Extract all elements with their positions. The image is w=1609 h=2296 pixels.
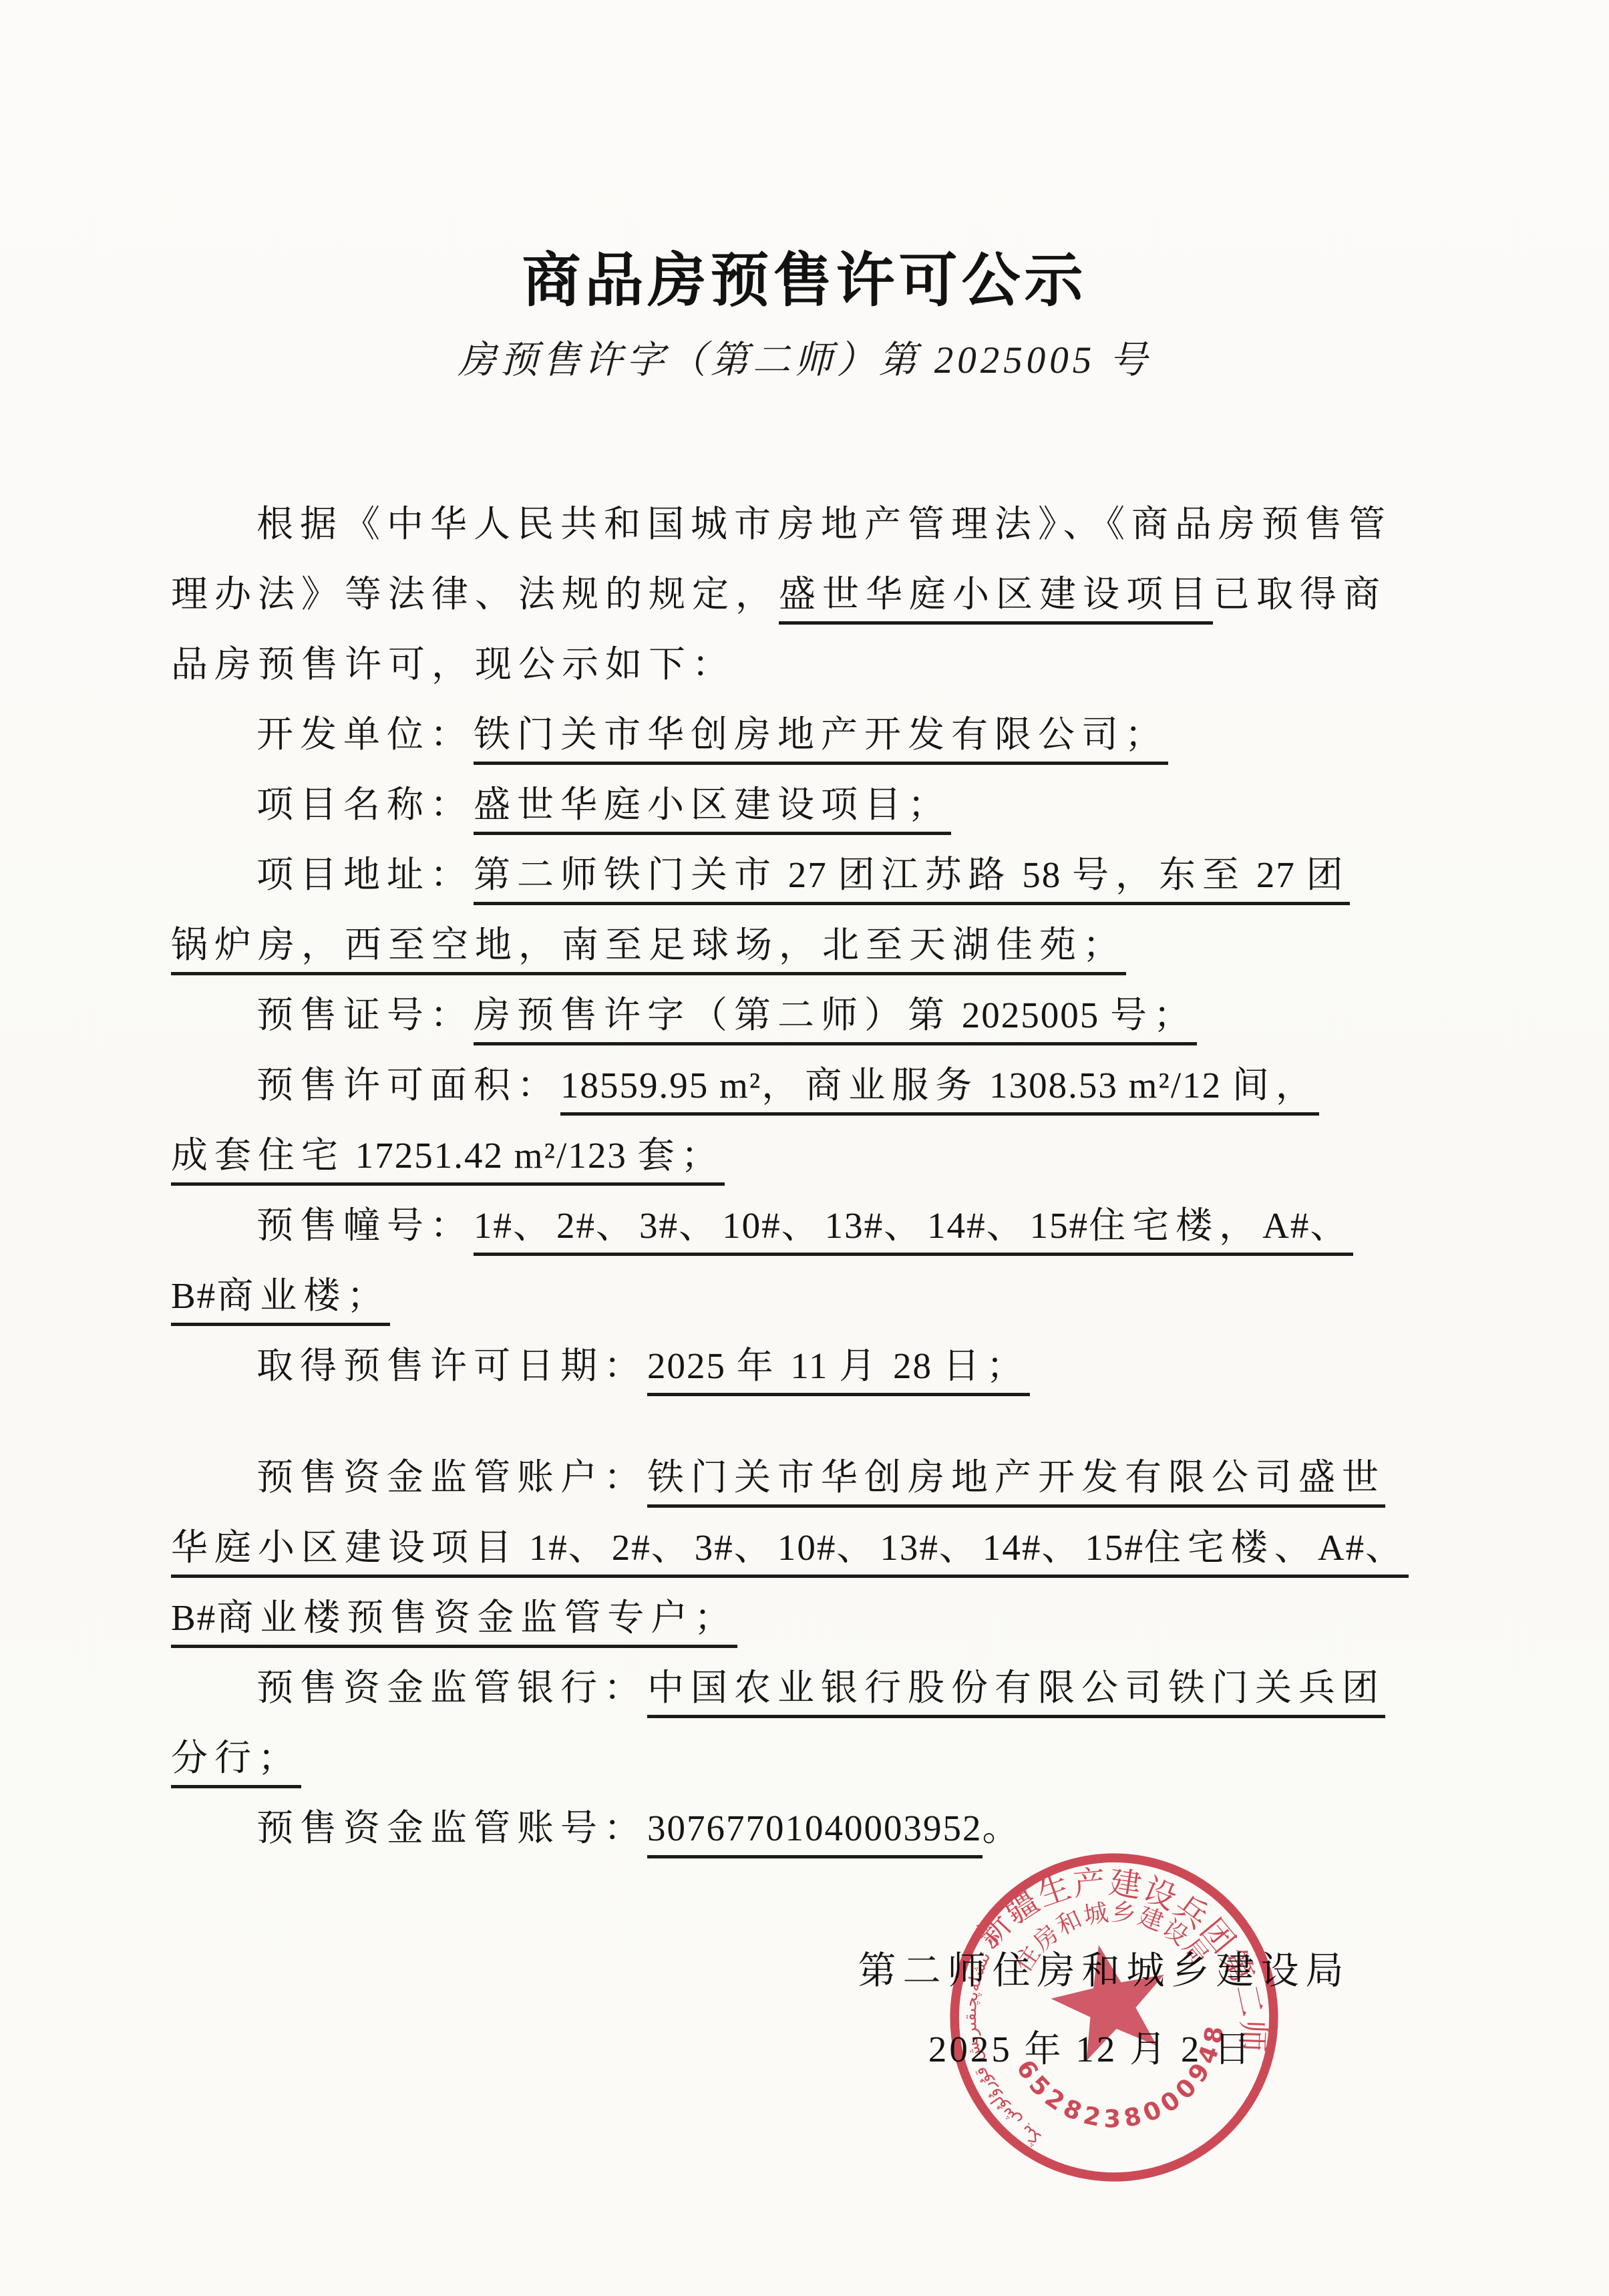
label-text: 根据《中华人民共和国城市房地产管理法》、《商品房预售管 [256, 504, 1392, 551]
underlined-value-text: 中国农业银行股份有限公司铁门关兵团 [647, 1667, 1385, 1718]
body-line: 取得预售许可日期：2025 年 11 月 28 日； [171, 1331, 1444, 1401]
label-text: 开发单位： [256, 714, 474, 762]
underlined-value-text: 盛世华庭小区建设项目； [474, 784, 951, 835]
body-line: 锅炉房，西至空地，南至足球场，北至天湖佳苑； [171, 910, 1444, 980]
underlined-value-text: 成套住宅 17251.42 m²/123 套； [171, 1135, 725, 1186]
body-line: 分行； [171, 1723, 1444, 1793]
body-line: 预售幢号：1#、2#、3#、10#、13#、14#、15#住宅楼，A#、 [171, 1190, 1444, 1261]
underlined-value-text: 盛世华庭小区建设项目 [779, 574, 1213, 625]
document-body: 根据《中华人民共和国城市房地产管理法》、《商品房预售管理办法》等法律、法规的规定… [171, 489, 1444, 1863]
underlined-value-text: B#商业楼预售资金监管专户； [171, 1597, 737, 1648]
label-text: 取得预售许可日期： [256, 1345, 647, 1393]
label-text: 预售资金监管账户： [256, 1457, 647, 1504]
body-line: 华庭小区建设项目 1#、2#、3#、10#、13#、14#、15#住宅楼、A#、 [171, 1512, 1444, 1583]
seal-outer-arc-text: 新疆生产建设兵团第二师 [961, 1844, 1279, 2110]
label-text: 理办法》等法律、法规的规定， [171, 574, 779, 621]
underlined-value-text: 铁门关市华创房地产开发有限公司； [474, 714, 1168, 765]
underlined-value-text: 第二师铁门关市 27 团江苏路 58 号，东至 27 团 [474, 854, 1350, 905]
underlined-value-text: B#商业楼； [171, 1275, 390, 1326]
label-text: 预售证号： [256, 995, 474, 1042]
body-line: 预售许可面积：18559.95 m²，商业服务 1308.53 m²/12 间， [171, 1050, 1444, 1120]
body-line: B#商业楼预售资金监管专户； [171, 1583, 1444, 1653]
document-page: 商品房预售许可公示 房预售许字（第二师）第 2025005 号 根据《中华人民共… [0, 0, 1609, 2296]
underlined-value-text: 1#、2#、3#、10#、13#、14#、15#住宅楼，A#、 [474, 1205, 1353, 1256]
body-line: 预售资金监管账户：铁门关市华创房地产开发有限公司盛世 [171, 1442, 1444, 1512]
body-line: 成套住宅 17251.42 m²/123 套； [171, 1120, 1444, 1190]
document-number: 房预售许字（第二师）第 2025005 号 [0, 335, 1609, 385]
body-line: B#商业楼； [171, 1261, 1444, 1331]
label-text: 已取得商 [1213, 574, 1387, 621]
body-line: 项目地址：第二师铁门关市 27 团江苏路 58 号，东至 27 团 [171, 840, 1444, 910]
label-text: 预售资金监管账号： [256, 1808, 647, 1855]
underlined-value-text: 房预售许字（第二师）第 2025005 号； [474, 995, 1197, 1045]
underlined-value-text: 30767701040003952 [647, 1808, 982, 1858]
body-line: 预售资金监管银行：中国农业银行股份有限公司铁门关兵团 [171, 1653, 1444, 1723]
page-title: 商品房预售许可公示 [0, 249, 1609, 315]
body-line: 预售证号：房预售许字（第二师）第 2025005 号； [171, 980, 1444, 1050]
underlined-value-text: 铁门关市华创房地产开发有限公司盛世 [647, 1457, 1385, 1508]
underlined-value-text: 华庭小区建设项目 1#、2#、3#、10#、13#、14#、15#住宅楼、A#、 [171, 1527, 1409, 1578]
body-line: 理办法》等法律、法规的规定，盛世华庭小区建设项目已取得商 [171, 559, 1444, 629]
underlined-value-text: 锅炉房，西至空地，南至足球场，北至天湖佳苑； [171, 925, 1126, 975]
underlined-value-text: 2025 年 11 月 28 日； [647, 1345, 1030, 1396]
label-text: 预售资金监管银行： [256, 1667, 647, 1715]
body-line: 品房预售许可，现公示如下： [171, 629, 1444, 699]
underlined-value-text: 分行； [171, 1738, 301, 1788]
body-line: 根据《中华人民共和国城市房地产管理法》、《商品房预售管 [171, 489, 1444, 559]
official-seal-stamp: 新疆生产建设兵团第二师 شىنجاڭ ئىشلەپچىقىرىش قۇرۇلۇش… [940, 1844, 1288, 2191]
label-text: 项目名称： [256, 784, 474, 832]
label-text: 预售幢号： [256, 1205, 474, 1253]
body-line: 开发单位：铁门关市华创房地产开发有限公司； [171, 699, 1444, 770]
label-text: 品房预售许可，现公示如下： [171, 644, 735, 691]
label-text: 预售许可面积： [256, 1065, 560, 1112]
label-text: 项目地址： [256, 854, 474, 902]
body-line: 项目名称：盛世华庭小区建设项目； [171, 770, 1444, 840]
seal-code-number: 6528238000948 [1009, 2013, 1248, 2154]
star-icon [1042, 1933, 1178, 2066]
underlined-value-text: 18559.95 m²，商业服务 1308.53 m²/12 间， [560, 1065, 1319, 1116]
